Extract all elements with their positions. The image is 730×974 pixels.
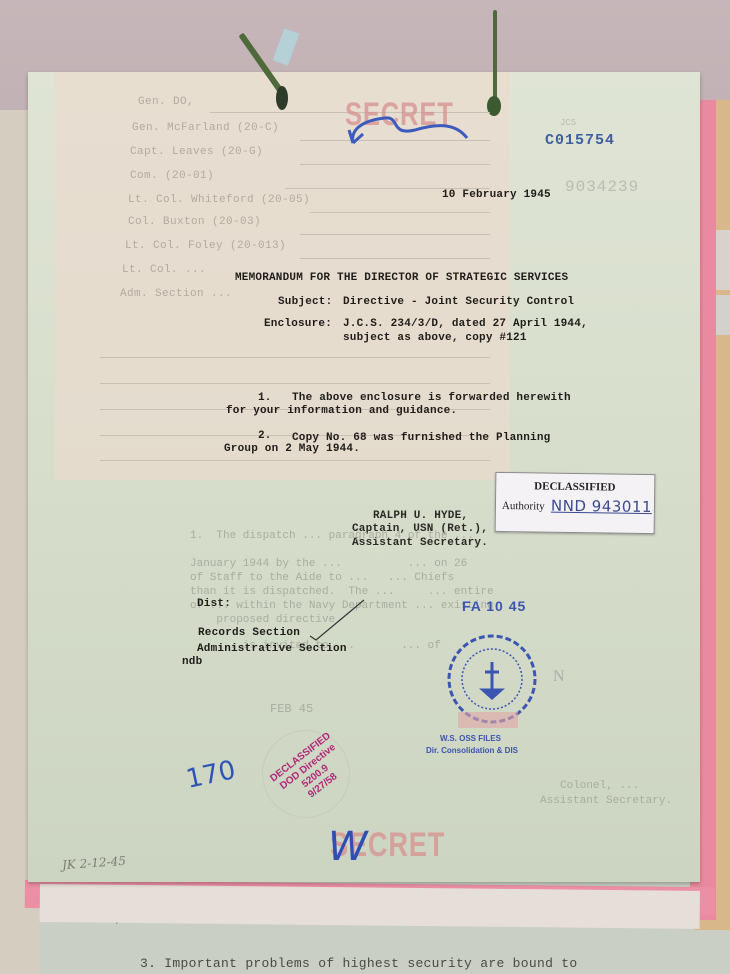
ghost-document-id: 9034239	[565, 178, 639, 196]
routing-line	[100, 357, 490, 358]
faint-red-stamp	[458, 712, 518, 728]
signature-name: RALPH U. HYDE,	[373, 510, 468, 522]
routing-slip-line: Lt. Col. Foley (20-013)	[125, 240, 286, 252]
declassified-label: DECLASSIFIED Authority NND 943011	[495, 472, 656, 534]
routing-slip-line: Com. (20-01)	[130, 170, 214, 182]
routing-slip-line: Lt. Col. Whiteford (20-05)	[128, 194, 310, 206]
declassified-authority-value: NND 943011	[551, 497, 652, 516]
document-id: C015754	[545, 132, 615, 149]
memo-date: 10 February 1945	[442, 189, 551, 201]
underlying-page-line-2: 3. Important problems of highest securit…	[140, 956, 577, 971]
paragraph-1-number: 1.	[258, 392, 272, 404]
seal-caption-line-2: Dir. Consolidation & DIS	[426, 746, 518, 755]
distribution-label: Dist:	[197, 598, 231, 610]
handwritten-initial: W	[328, 824, 368, 870]
routing-line	[300, 258, 490, 259]
received-stamp: FA 10 45	[462, 598, 526, 614]
routing-slip-line: Gen. DO,	[138, 96, 194, 108]
subject-label: Subject:	[278, 296, 332, 308]
ghost-paragraph-line: Colonel, ...	[560, 780, 639, 792]
enclosure-value-line-1: J.C.S. 234/3/D, dated 27 April 1944,	[343, 318, 588, 330]
margin-letter: N	[553, 668, 565, 686]
distribution-initials: ndb	[182, 656, 202, 668]
ghost-date-stamp: FEB 45	[270, 702, 313, 716]
paragraph-2-number: 2.	[258, 430, 272, 442]
routing-slip-line: Gen. McFarland (20-C)	[132, 122, 279, 134]
declassified-title: DECLASSIFIED	[534, 480, 615, 493]
ghost-paragraph-line: 1. The dispatch ... paragraph 4 of the .…	[190, 530, 474, 542]
paragraph-1-line-1: The above enclosure is forwarded herewit…	[292, 392, 571, 404]
routing-line	[310, 212, 490, 213]
ghost-paragraph-line: of Staff to the Aide to ... ... Chiefs	[190, 572, 454, 584]
routing-slip-line: Lt. Col. ...	[122, 264, 206, 276]
white-sheet-edge	[40, 884, 700, 929]
binding-hole-right	[487, 96, 501, 116]
enclosure-value-line-2: subject as above, copy #121	[343, 332, 527, 344]
seal-caption-line-1: W.S. OSS FILES	[440, 734, 501, 743]
paragraph-1-line-2: for your information and guidance.	[226, 405, 457, 417]
handwritten-arrow-icon	[345, 108, 475, 150]
routing-slip-line: Adm. Section ...	[120, 288, 232, 300]
binding-clip-right	[493, 10, 497, 105]
subject-value: Directive - Joint Security Control	[343, 296, 574, 308]
routing-line	[300, 164, 490, 165]
routing-line	[100, 460, 490, 461]
paragraph-2-line-2: Group on 2 May 1944.	[224, 443, 360, 455]
distribution-item: Administrative Section	[197, 643, 347, 655]
faint-ghost-mark: JCS	[560, 118, 576, 128]
memo-title: MEMORANDUM FOR THE DIRECTOR OF STRATEGIC…	[235, 272, 568, 284]
routing-line	[100, 383, 490, 384]
routing-slip-line: Col. Buxton (20-03)	[128, 216, 261, 228]
enclosure-label: Enclosure:	[264, 318, 332, 330]
ghost-paragraph-line: January 1944 by the ... ... on 26	[190, 558, 467, 570]
distribution-item: Records Section	[198, 627, 300, 639]
declassified-authority-label: Authority	[502, 500, 545, 513]
ghost-paragraph-line: than it is dispatched. The ... ... entir…	[190, 586, 494, 598]
binding-hole-left	[276, 86, 288, 110]
ghost-paragraph-line: Assistant Secretary.	[540, 795, 672, 807]
routing-line	[300, 234, 490, 235]
routing-slip-line: Capt. Leaves (20-G)	[130, 146, 263, 158]
checkmark-icon	[308, 598, 368, 642]
